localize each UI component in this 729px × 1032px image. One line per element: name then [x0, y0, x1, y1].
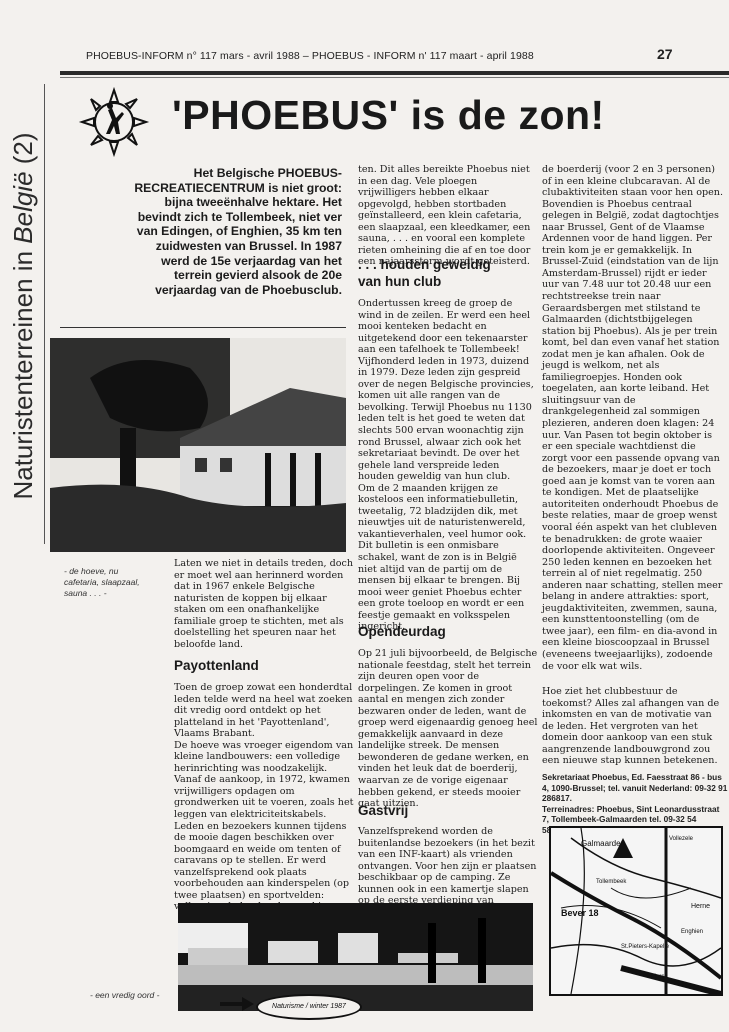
- col2-para1: ten. Dit alles bereikte Phoebus niet in …: [358, 164, 538, 268]
- series-title-prefix: Naturistenterreinen in: [8, 244, 38, 500]
- campground-photo: [178, 903, 533, 1011]
- col1-para2: Toen de groep zowat een honderdtal leden…: [174, 682, 356, 913]
- subheading-opendeurdag: Opendeurdag: [358, 623, 446, 640]
- article-intro: Het Belgische PHOEBUS-RECREATIECENTRUM i…: [132, 166, 342, 297]
- page-number: 27: [657, 46, 673, 62]
- subheading-houden-geweldig: . . . houden geweldig van hun club: [358, 256, 508, 290]
- col3-para2: Hoe ziet het clubbestuur de toekomst? Al…: [542, 686, 724, 767]
- running-header: PHOEBUS-INFORM n° 117 mars - avril 1988 …: [86, 50, 534, 62]
- farmhouse-photo: [50, 338, 346, 552]
- intro-divider: [60, 327, 346, 328]
- svg-text:Enghien: Enghien: [681, 929, 703, 935]
- series-title-country: België: [8, 171, 38, 243]
- series-title: Naturistenterreinen in België (2): [3, 96, 43, 536]
- svg-text:Bever 18: Bever 18: [561, 908, 599, 918]
- farmhouse-photo-caption: - de hoeve, nu cafetaria, slaapzaal, sau…: [64, 566, 144, 599]
- col3-para1: de boerderij (voor 2 en 3 personen) of i…: [542, 164, 724, 672]
- col2-para2: Ondertussen kreeg de groep de wind in de…: [358, 298, 538, 633]
- svg-text:Tollembeek: Tollembeek: [596, 879, 627, 885]
- campground-photo-caption: - een vredig oord -: [90, 990, 159, 1001]
- header-rule: [60, 71, 729, 75]
- map-label: Galmaarden: [581, 839, 625, 848]
- col2-para4: Vanzelfsprekend worden de buitenlandse b…: [358, 826, 538, 907]
- subheading-payottenland: Payottenland: [174, 657, 259, 674]
- svg-text:Herne: Herne: [691, 903, 710, 910]
- location-map: Galmaarden Vollezele Tollembeek Herne Be…: [549, 826, 723, 996]
- svg-text:Vollezele: Vollezele: [669, 836, 694, 842]
- svg-text:St.Pieters-Kapelle: St.Pieters-Kapelle: [621, 944, 670, 950]
- series-title-suffix: (2): [8, 132, 38, 171]
- col2-para3: Op 21 juli bijvoorbeeld, de Belgische na…: [358, 648, 538, 810]
- header-rule-thin: [60, 77, 729, 78]
- arrow-right-icon: [220, 997, 254, 1011]
- sun-dancer-logo-icon: [78, 86, 150, 158]
- col1-para1: Laten we niet in details treden, doch er…: [174, 558, 354, 650]
- subheading-gastvrij: Gastvrij: [358, 802, 408, 819]
- side-rule: [44, 84, 45, 544]
- svg-text:Marcq: Marcq: [651, 974, 668, 980]
- article-title: 'PHOEBUS' is de zon!: [172, 92, 605, 139]
- source-stamp: Naturisme / winter 1987: [256, 994, 362, 1020]
